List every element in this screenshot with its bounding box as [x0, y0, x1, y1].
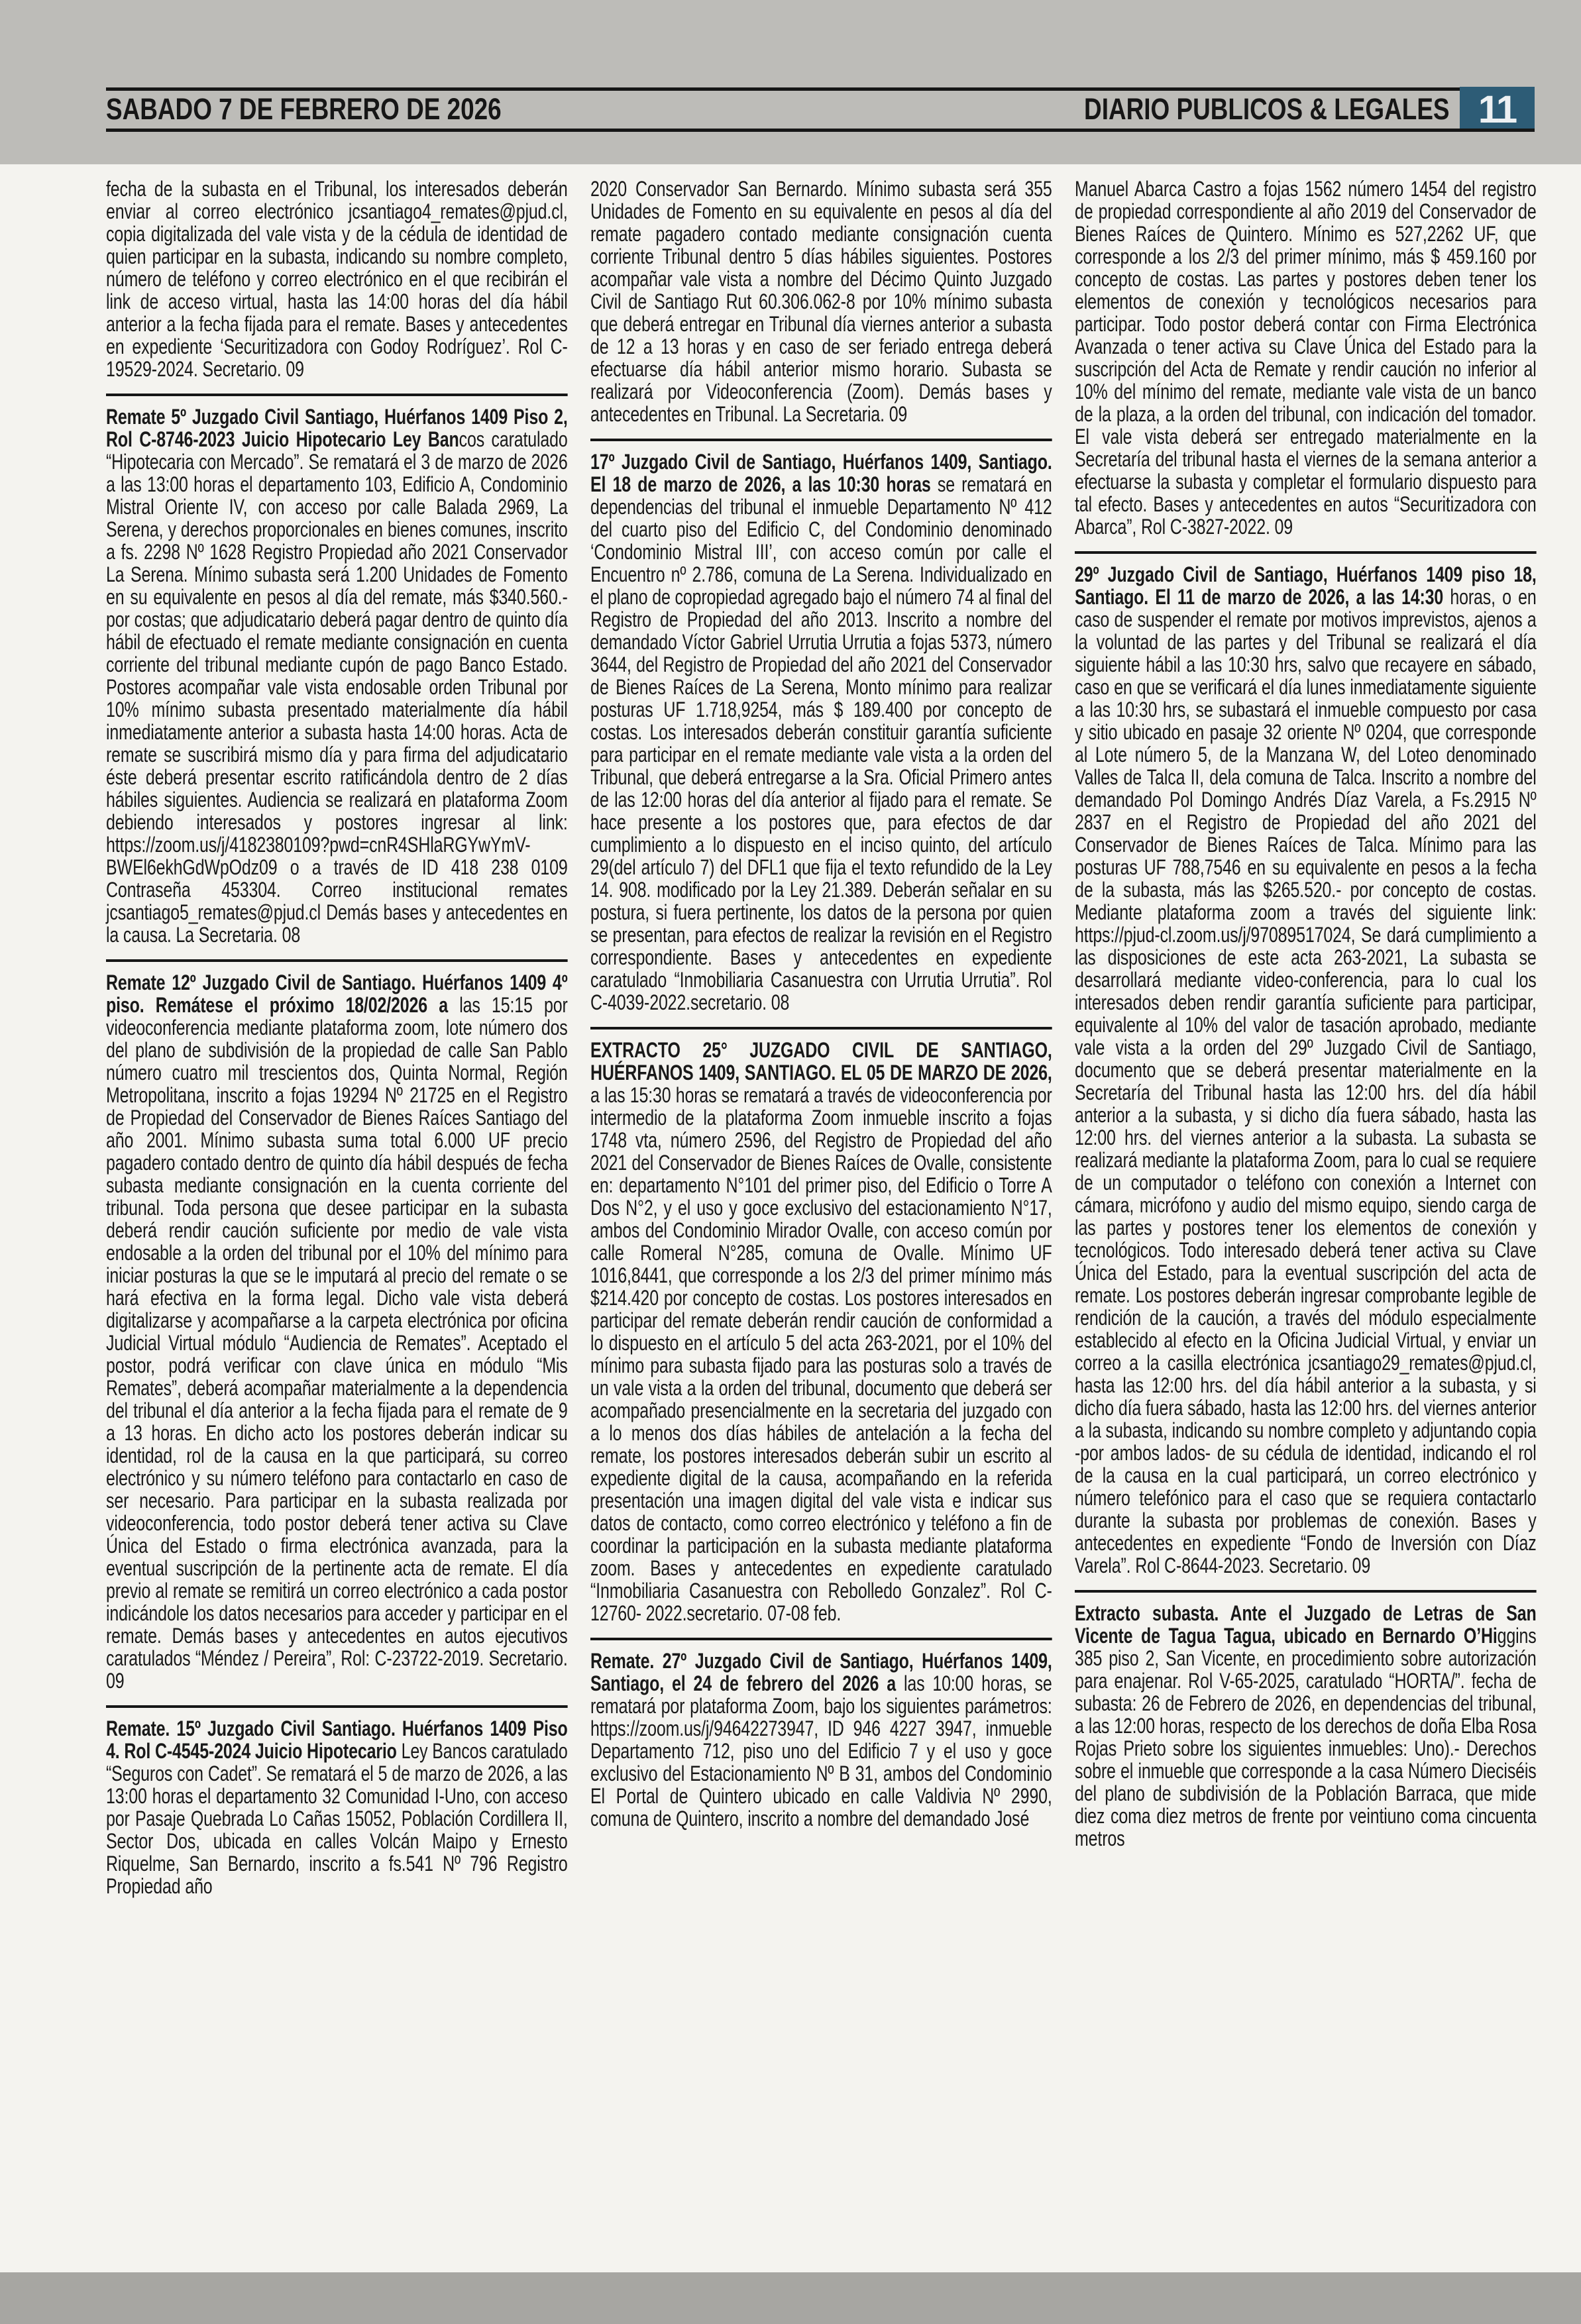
- notice-body: horas, o en caso de suspender el remate …: [1075, 585, 1537, 1577]
- notice-divider: [1075, 1590, 1537, 1593]
- notice-column-1: fecha de la subasta en el Tribunal, los …: [106, 178, 568, 1897]
- legal-notice: 2020 Conservador San Bernardo. Mínimo su…: [590, 178, 1052, 425]
- legal-notice: fecha de la subasta en el Tribunal, los …: [106, 178, 568, 380]
- header-row: SABADO 7 DE FEBRERO DE 2026 DIARIO PUBLI…: [106, 91, 1535, 128]
- newspaper-page: SABADO 7 DE FEBRERO DE 2026 DIARIO PUBLI…: [0, 0, 1581, 2324]
- notice-column-3: Manuel Abarca Castro a fojas 1562 número…: [1075, 178, 1537, 1850]
- notice-lead: EXTRACTO 25° JUZGADO CIVIL DE SANTIAGO, …: [590, 1038, 1052, 1084]
- header-rule-bottom: [106, 129, 1535, 132]
- legal-notice: EXTRACTO 25° JUZGADO CIVIL DE SANTIAGO, …: [590, 1039, 1052, 1624]
- legal-notice: 17º Juzgado Civil de Santiago, Huérfanos…: [590, 450, 1052, 1014]
- legal-notice: Manuel Abarca Castro a fojas 1562 número…: [1075, 178, 1537, 538]
- header-date: SABADO 7 DE FEBRERO DE 2026: [106, 92, 502, 127]
- legal-notice: 29º Juzgado Civil de Santiago, Huérfanos…: [1075, 563, 1537, 1577]
- notice-divider: [106, 959, 568, 962]
- legal-notice: Remate 5º Juzgado Civil Santiago, Huérfa…: [106, 405, 568, 946]
- notice-lead: Extracto subasta. Ante el Juzgado de Let…: [1075, 1601, 1537, 1648]
- notice-body: a las 15:30 horas se rematará a través d…: [590, 1083, 1052, 1625]
- legal-notice: Extracto subasta. Ante el Juzgado de Let…: [1075, 1602, 1537, 1850]
- header-band: SABADO 7 DE FEBRERO DE 2026 DIARIO PUBLI…: [0, 0, 1581, 164]
- notice-body: ggins 385 piso 2, San Vicente, en proced…: [1075, 1624, 1537, 1850]
- legal-notice: Remate. 15º Juzgado Civil Santiago. Huér…: [106, 1717, 568, 1897]
- notice-divider: [106, 1705, 568, 1708]
- legal-notice: Remate. 27º Juzgado Civil de Santiago, H…: [590, 1650, 1052, 1830]
- notice-body: Ley Bancos caratulado “Seguros con Cadet…: [106, 1739, 568, 1898]
- notice-body: cos caratulado “Hipotecaria con Mercado”…: [106, 427, 568, 947]
- notice-divider: [590, 1638, 1052, 1640]
- notice-divider: [106, 394, 568, 396]
- notice-body: Manuel Abarca Castro a fojas 1562 número…: [1075, 177, 1537, 539]
- notice-body: las 15:15 por videoconferencia mediante …: [106, 993, 568, 1693]
- notice-divider: [1075, 551, 1537, 554]
- footer-band: [0, 2272, 1581, 2324]
- header-masthead: DIARIO PUBLICOS & LEGALES: [1085, 92, 1450, 127]
- page-number-badge: 11: [1460, 87, 1535, 132]
- notice-column-2: 2020 Conservador San Bernardo. Mínimo su…: [590, 178, 1052, 1830]
- notice-body: fecha de la subasta en el Tribunal, los …: [106, 177, 568, 381]
- notice-body: 2020 Conservador San Bernardo. Mínimo su…: [590, 177, 1052, 426]
- legal-notice: Remate 12º Juzgado Civil de Santiago. Hu…: [106, 971, 568, 1692]
- notice-body: las 10:00 horas, se rematará por platafo…: [590, 1671, 1052, 1830]
- notice-body: se rematará en dependencias del tribunal…: [590, 472, 1052, 1014]
- notice-divider: [590, 1027, 1052, 1030]
- notice-divider: [590, 439, 1052, 441]
